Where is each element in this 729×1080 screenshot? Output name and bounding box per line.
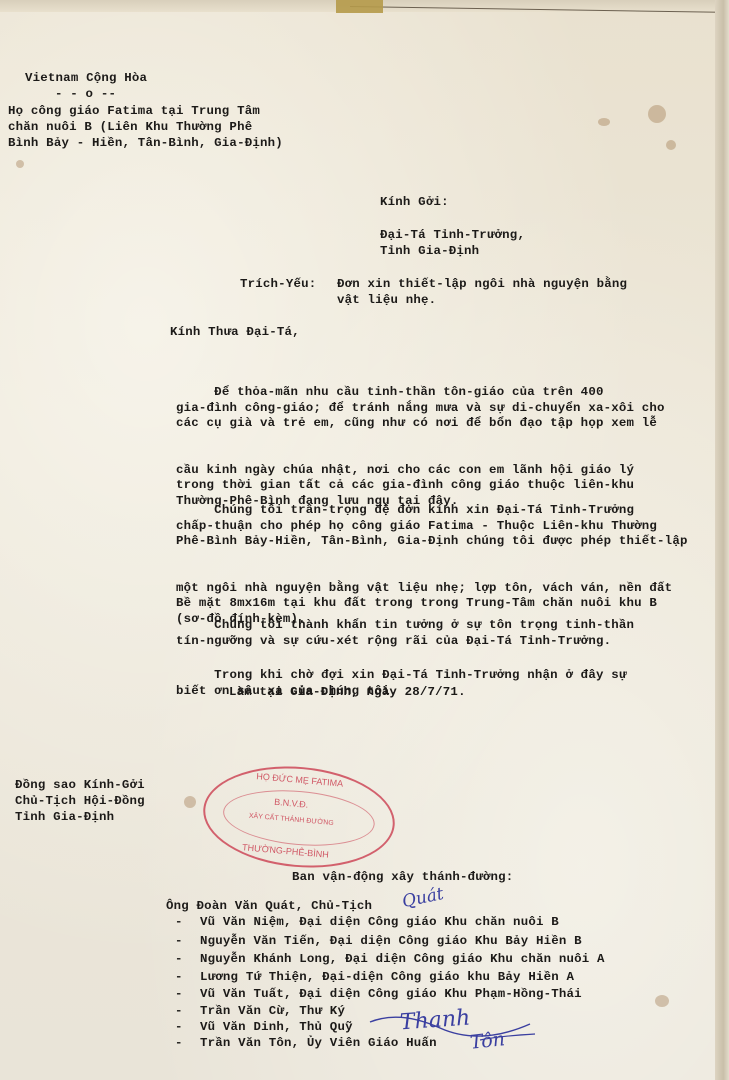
- sender-line: Bình Bảy - Hiền, Tân-Bình, Gia-Định): [8, 136, 283, 152]
- subject-label: Trích-Yếu:: [240, 277, 316, 293]
- stain: [648, 105, 666, 123]
- committee-member-dash: -: [175, 1036, 183, 1052]
- committee-member: Lương Tứ Thiện, Đại-diện Công giáo khu B…: [200, 970, 574, 986]
- header-separator: - - o --: [55, 87, 116, 103]
- addressee-line: Đại-Tá Tỉnh-Trưởng,: [380, 228, 525, 244]
- salutation: Kính Gởi:: [380, 195, 449, 211]
- country-heading: Vietnam Cộng Hòa: [25, 71, 147, 87]
- committee-member: Trần Văn Cừ, Thư Ký: [200, 1004, 345, 1020]
- committee-member: Nguyễn Văn Tiến, Đại diện Công giáo Khu …: [200, 934, 582, 950]
- stain: [184, 796, 196, 808]
- committee-chair: Ông Đoàn Văn Quát, Chủ-Tịch: [166, 899, 372, 915]
- copy-to-line: Chủ-Tịch Hội-Đồng: [15, 794, 145, 810]
- greeting: Kính Thưa Đại-Tá,: [170, 325, 300, 341]
- copy-to-line: Tỉnh Gia-Định: [15, 810, 114, 826]
- stain: [598, 118, 610, 126]
- subject-line: Đơn xin thiết-lập ngôi nhà nguyện bằng: [337, 277, 627, 293]
- stamp-top-text: HỌ ĐỨC MẸ FATIMA: [256, 771, 344, 789]
- committee-member-dash: -: [175, 1004, 183, 1020]
- committee-member-dash: -: [175, 1020, 183, 1036]
- body-paragraph-4: Trong khi chờ đợi xin Đại-Tá Tỉnh-Trưởng…: [176, 637, 627, 715]
- subject-line: vật liệu nhẹ.: [337, 293, 436, 309]
- committee-member-dash: -: [175, 952, 183, 968]
- committee-member: Vũ Văn Dinh, Thủ Quỹ: [200, 1020, 353, 1036]
- committee-member: Vũ Văn Tuất, Đại diện Công giáo Khu Phạm…: [200, 987, 582, 1003]
- committee-member: Vũ Văn Niệm, Đại diện Công giáo Khu chăn…: [200, 915, 559, 931]
- stain: [666, 140, 676, 150]
- sender-line: Họ công giáo Fatima tại Trung Tâm: [8, 104, 260, 120]
- committee-member-dash: -: [175, 934, 183, 950]
- copy-to-line: Đồng sao Kính-Gởi: [15, 778, 145, 794]
- page-right-edge: [715, 0, 729, 1080]
- stain: [16, 160, 24, 168]
- tape-strip: [336, 0, 383, 13]
- sender-line: chăn nuôi B (Liên Khu Thường Phê: [8, 120, 252, 136]
- addressee-line: Tỉnh Gia-Định: [380, 244, 479, 260]
- stain: [655, 995, 669, 1007]
- place-date: Làm tại Gia-Định, ngày 28/7/71.: [229, 685, 466, 701]
- committee-title: Ban vận-động xây thánh-đường:: [292, 870, 513, 886]
- committee-member-dash: -: [175, 987, 183, 1003]
- committee-member: Nguyễn Khánh Long, Đại diện Công giáo Kh…: [200, 952, 605, 968]
- signature-flourish: [360, 1010, 540, 1050]
- committee-member-dash: -: [175, 970, 183, 986]
- committee-member-dash: -: [175, 915, 183, 931]
